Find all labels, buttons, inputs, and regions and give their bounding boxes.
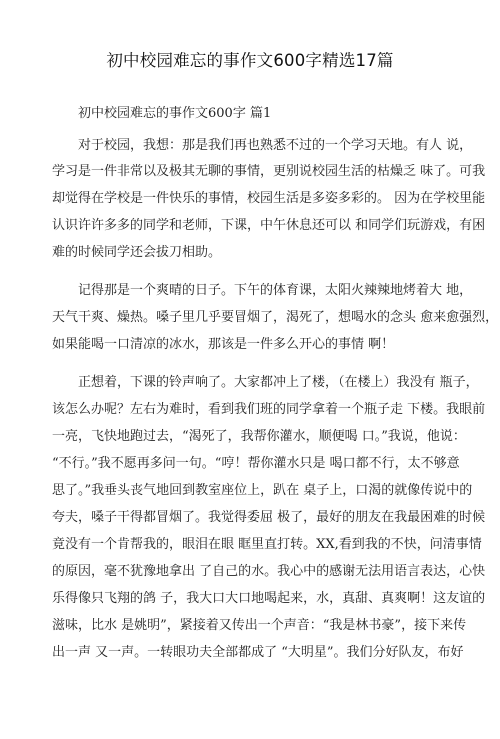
text-line: 乐得像只飞翔的鸽 子，我大口大口地喝起来，水，真甜、真爽啊！这友谊的 xyxy=(52,591,448,607)
text-line: 一亮，飞快地跑过去，“渴死了，我帮你灌水，顺便喝 口。”我说，他说： xyxy=(52,429,448,445)
text-line: 却觉得在学校是一件快乐的事情，校园生活是多姿多彩的。 因为在学校里能 xyxy=(52,191,448,207)
text-line: 竟没有一个肯帮我的，眼泪在眼 眶里直打转。XX,看到我的不快，问清事情 xyxy=(52,537,448,553)
text-line: “不行。”我不愿再多问一句。“哼！帮你灌水只是 喝口都不行，太不够意 xyxy=(52,456,448,472)
text-line: 学习是一件非常以及极其无聊的事情，更别说校园生活的枯燥乏 味了。可我 xyxy=(52,164,448,180)
text-line: 天气干爽、燥热。嗓子里几乎要冒烟了，渴死了，想喝水的念头 愈来愈强烈， xyxy=(52,310,448,326)
text-line: 对于校园，我想：那是我们再也熟悉不过的一个学习天地。有人 说， xyxy=(78,138,448,154)
text-line: 出一声 又一声。一转眼功夫全部都成了 “大明星”。我们分好队友，布好 xyxy=(52,645,448,661)
text-line: 正想着，下课的铃声响了。大家都冲上了楼，（在楼上）我没有 瓶子， xyxy=(78,375,448,391)
text-line: 难的时候同学还会拔刀相助。 xyxy=(52,245,448,261)
text-line: 记得那是一个爽晴的日子。下午的体育课，太阳火辣辣地烤着大 地， xyxy=(78,283,448,299)
document-title: 初中校园难忘的事作文600字精选17篇 xyxy=(0,47,500,71)
text-line: 夸夫，嗓子干得都冒烟了。我觉得委屈 极了，最好的朋友在我最困难的时候 xyxy=(52,510,448,526)
section-heading: 初中校园难忘的事作文600字 篇1 xyxy=(78,102,271,121)
text-line: 该怎么办呢？左右为难时，看到我们班的同学拿着一个瓶子走 下楼。我眼前 xyxy=(52,402,448,418)
text-line: 如果能喝一口清凉的冰水，那该是一件多么开心的事情 啊！ xyxy=(52,337,448,353)
text-line: 认识许许多多的同学和老师，下课，中午休息还可以 和同学们玩游戏，有困 xyxy=(52,218,448,234)
text-line: 思了。”我垂头丧气地回到教室座位上，趴在 桌子上，口渴的就像传说中的 xyxy=(52,483,448,499)
text-line: 滋味，比水 是姚明”，紧接着又传出一个声音：“我是林书豪”，接下来传 xyxy=(52,618,448,634)
text-line: 的原因，毫不犹豫地拿出 了自己的水。我心中的感谢无法用语言表达，心快 xyxy=(52,564,448,580)
